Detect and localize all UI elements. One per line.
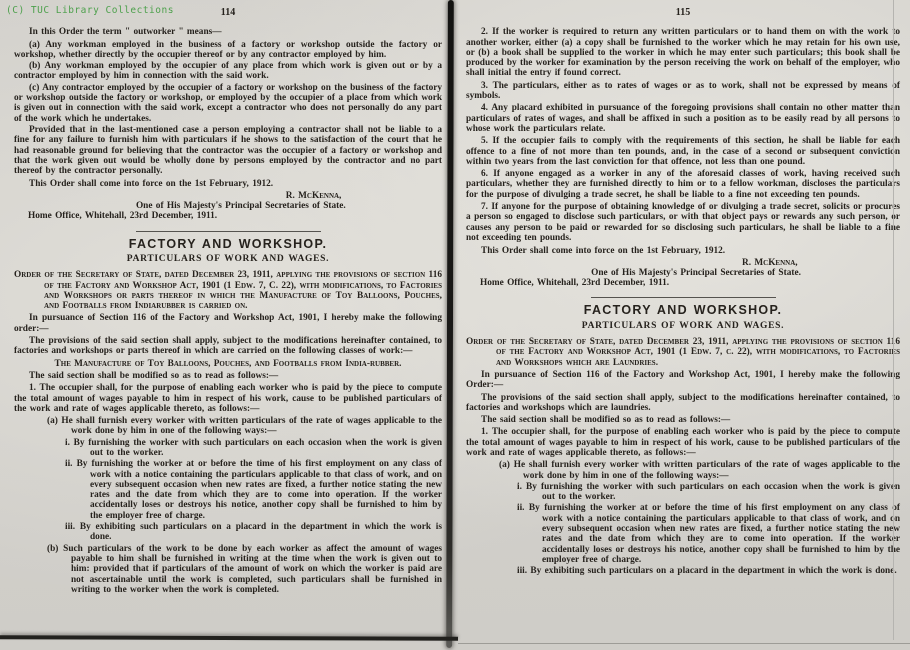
definition-item-c: (c) Any contractor employed by the occup… <box>14 83 442 124</box>
scan-corner-mark <box>0 622 16 650</box>
signature-name: R. McKenna, <box>466 258 900 268</box>
clause-1a-iii: iii. By exhibiting such particulars on a… <box>542 566 900 576</box>
section-heading: FACTORY AND WORKSHOP. <box>466 305 900 315</box>
definition-item-a: (a) Any workman employed in the business… <box>14 40 442 61</box>
provisions-apply-paragraph: The provisions of the said section shall… <box>466 393 900 414</box>
commencement-line: This Order shall come into force on the … <box>466 246 900 256</box>
clause-1: 1. The occupier shall, for the purpose o… <box>466 427 900 458</box>
clause-1a-i: i. By furnishing the worker with such pa… <box>542 482 900 503</box>
pursuance-paragraph: In pursuance of Section 116 of the Facto… <box>14 313 442 334</box>
clause-5: 5. If the occupier fails to comply with … <box>466 136 900 167</box>
outworker-definition-intro: In this Order the term " outworker " mea… <box>14 27 442 37</box>
clause-1a-ii: ii. By furnishing the worker at or befor… <box>542 503 900 565</box>
page-114: 114 In this Order the term " outworker "… <box>14 8 442 596</box>
scanned-document-spread: (C) TUC Library Collections 114 In this … <box>0 0 910 650</box>
clause-1: 1. The occupier shall, for the purpose o… <box>14 383 442 414</box>
signature-role: One of His Majesty's Principal Secretari… <box>466 268 900 278</box>
clause-1a: (a) He shall furnish every worker with w… <box>523 460 900 481</box>
clause-1a-i: i. By furnishing the worker with such pa… <box>90 438 442 459</box>
clause-1a: (a) He shall furnish every worker with w… <box>71 416 442 437</box>
modified-note: The said section shall be modified so as… <box>14 371 442 381</box>
clause-6: 6. If anyone engaged as a worker in any … <box>466 169 900 200</box>
clause-3: 3. The particulars, either as to rates o… <box>466 81 900 102</box>
sub-heading: PARTICULARS OF WORK AND WAGES. <box>466 321 900 331</box>
page-115: 115 2. If the worker is required to retu… <box>466 8 900 578</box>
signature-office: Home Office, Whitehall, 23rd December, 1… <box>14 211 442 221</box>
clause-1a-iii: iii. By exhibiting such particulars on a… <box>90 522 442 543</box>
modified-note: The said section shall be modified so as… <box>466 415 900 425</box>
clause-1b: (b) Such particulars of the work to be d… <box>71 544 442 595</box>
clause-1a-ii: ii. By furnishing the worker at or befor… <box>90 459 442 521</box>
scan-bottom-edge-right <box>458 643 910 644</box>
signature-name: R. McKenna, <box>14 191 442 201</box>
proviso-paragraph: Provided that in the last-mentioned case… <box>14 125 442 176</box>
book-gutter-seam <box>446 0 454 648</box>
definition-item-b: (b) Any workman employed by the occupier… <box>14 61 442 82</box>
section-divider <box>591 297 776 298</box>
page-number-right: 115 <box>466 8 900 18</box>
work-class-heading: The Manufacture of Toy Balloons, Pouches… <box>14 359 442 369</box>
clause-4: 4. Any placard exhibited in pursuance of… <box>466 103 900 134</box>
provisions-apply-paragraph: The provisions of the said section shall… <box>14 336 442 357</box>
signature-office: Home Office, Whitehall, 23rd December, 1… <box>466 278 900 288</box>
scan-right-page-edge <box>893 0 894 640</box>
sub-heading: PARTICULARS OF WORK AND WAGES. <box>14 254 442 264</box>
scan-bottom-edge-left <box>0 635 458 641</box>
order-preamble: Order of the Secretary of State, dated D… <box>496 337 900 368</box>
order-preamble: Order of the Secretary of State, dated D… <box>44 270 442 311</box>
pursuance-paragraph: In pursuance of Section 116 of the Facto… <box>466 370 900 391</box>
clause-7: 7. If anyone for the purpose of obtainin… <box>466 202 900 243</box>
signature-role: One of His Majesty's Principal Secretari… <box>14 201 442 211</box>
clause-2: 2. If the worker is required to return a… <box>466 27 900 78</box>
page-number-left: 114 <box>14 8 442 18</box>
commencement-line: This Order shall come into force on the … <box>14 179 442 189</box>
section-heading: FACTORY AND WORKSHOP. <box>14 239 442 249</box>
section-divider <box>136 231 321 232</box>
